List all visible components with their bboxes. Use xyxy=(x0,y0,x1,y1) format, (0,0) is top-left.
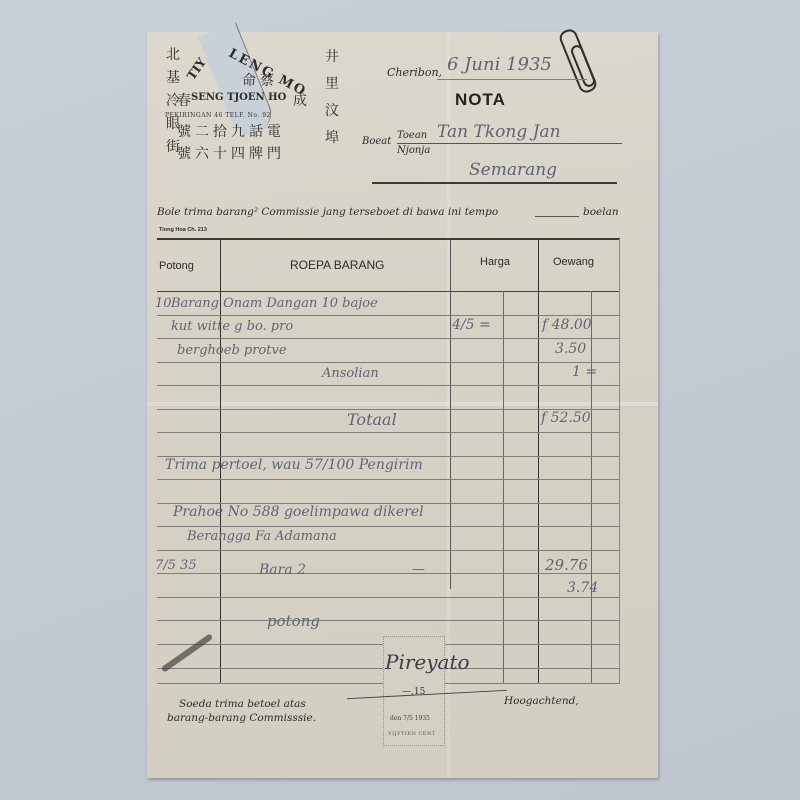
table-top-rule xyxy=(157,238,620,240)
row-oewang: 1 = xyxy=(572,364,597,380)
row-description: Bara 2 xyxy=(259,562,306,578)
total-value: f 52.50 xyxy=(541,410,591,426)
place-label: Cheribon, xyxy=(387,66,442,79)
stamp-text: VIJFTIEN CENT xyxy=(388,731,436,737)
row-potong: 7/5 35 xyxy=(155,558,197,573)
cn-char: 北 xyxy=(165,44,181,67)
chinese-row-4: 號六十四牌門 xyxy=(177,143,285,163)
printer-mark: Tiong Hoa Ch. 213 xyxy=(159,227,207,233)
row-description: Berangga Fa Adamana xyxy=(187,529,337,544)
closing-text: Hoogachtend, xyxy=(504,695,579,707)
ruled-line xyxy=(157,526,620,527)
column-divider-right xyxy=(619,239,620,684)
received-line-1: Soeda trima betoel atas xyxy=(179,698,306,710)
chinese-row-1: 命蔡 xyxy=(242,70,278,90)
row-harga: 4/5 = xyxy=(452,317,491,333)
row-oewang: 3.50 xyxy=(555,341,586,357)
column-divider-harga-cents xyxy=(503,291,504,684)
toean-line xyxy=(397,143,622,144)
row-oewang: f 48.00 xyxy=(542,317,592,333)
column-header-harga: Harga xyxy=(480,256,510,268)
tempo-blank xyxy=(535,216,579,217)
chinese-row-3: 號二拾九話電 xyxy=(177,121,285,141)
table-header-rule xyxy=(157,291,620,292)
date-handwritten: 6 Juni 1935 xyxy=(447,54,552,75)
toean-label: Toean xyxy=(397,130,427,141)
city-handwritten: Semarang xyxy=(469,160,557,180)
column-divider-oewang xyxy=(538,239,539,684)
cn-char: 基 xyxy=(165,67,181,90)
invoice-document: 北 基 冷 眼 街 井 里 汶 埠 TIY LENG MO 命蔡 春 SENG … xyxy=(147,32,658,778)
row-potong: 10 xyxy=(155,296,172,311)
row-description: Barang Onam Dangan 10 bajoe xyxy=(171,296,378,311)
njonja-label: Njonja xyxy=(397,145,430,156)
address-underline xyxy=(372,182,617,184)
ink-smudge xyxy=(161,633,214,672)
column-divider-oewang-cents xyxy=(591,291,592,684)
ruled-line xyxy=(157,432,620,433)
received-line-2: barang-barang Commisssie. xyxy=(167,712,316,724)
ruled-line xyxy=(157,385,620,386)
terms-text: Bole trima barang² Commissie jang terseb… xyxy=(157,206,498,218)
cn-char: 井 xyxy=(324,44,340,71)
paper-fold-horizontal xyxy=(147,402,658,407)
total-label: Totaal xyxy=(347,410,397,429)
ruled-line xyxy=(157,338,620,339)
row-description: potong xyxy=(267,612,320,630)
cn-char: 里 xyxy=(324,71,340,98)
row-description: kut witte g bo. pro xyxy=(171,319,293,334)
signature: Pireyato xyxy=(385,650,470,674)
row-description: Trima pertoel, wau 57/100 Pengirim xyxy=(165,457,423,473)
date-line xyxy=(437,79,587,80)
ruled-line xyxy=(157,479,620,480)
ruled-line xyxy=(157,550,620,551)
column-header-potong: Potong xyxy=(159,260,194,272)
firm-name: SENG TJOEN HO xyxy=(191,92,286,103)
chinese-row-2-end: 成 xyxy=(293,90,311,110)
row-description: Prahoe No 588 goelimpawa dikerel xyxy=(173,504,424,520)
column-header-oewang: Oewang xyxy=(553,256,594,268)
chinese-right-column: 井 里 汶 埠 xyxy=(324,44,340,152)
row-harga: — xyxy=(412,562,425,577)
document-title: NOTA xyxy=(455,90,506,110)
row-description: Ansolian xyxy=(322,366,379,381)
cn-char: 汶 xyxy=(324,98,340,125)
cn-char: 埠 xyxy=(324,125,340,152)
row-description: berghoeb protve xyxy=(177,343,287,358)
column-header-roepa-barang: ROEPA BARANG xyxy=(290,258,384,272)
boeat-label: Boeat xyxy=(362,136,391,147)
terms-suffix: boelan xyxy=(583,206,619,218)
firm-name-arc-left: TIY xyxy=(184,56,209,83)
stamp-date: den 7/5 1935 xyxy=(390,715,430,722)
ruled-line xyxy=(157,362,620,363)
recipient-handwritten: Tan Tkong Jan xyxy=(437,122,561,142)
ruled-line xyxy=(157,315,620,316)
firm-address: PEKIRINGAN 46 TELF. No. 92 xyxy=(165,112,271,119)
ruled-line xyxy=(157,620,620,621)
row-oewang: 3.74 xyxy=(567,580,598,596)
ruled-line xyxy=(157,597,620,598)
column-divider-barang xyxy=(450,239,451,589)
row-oewang: 29.76 xyxy=(545,556,588,574)
